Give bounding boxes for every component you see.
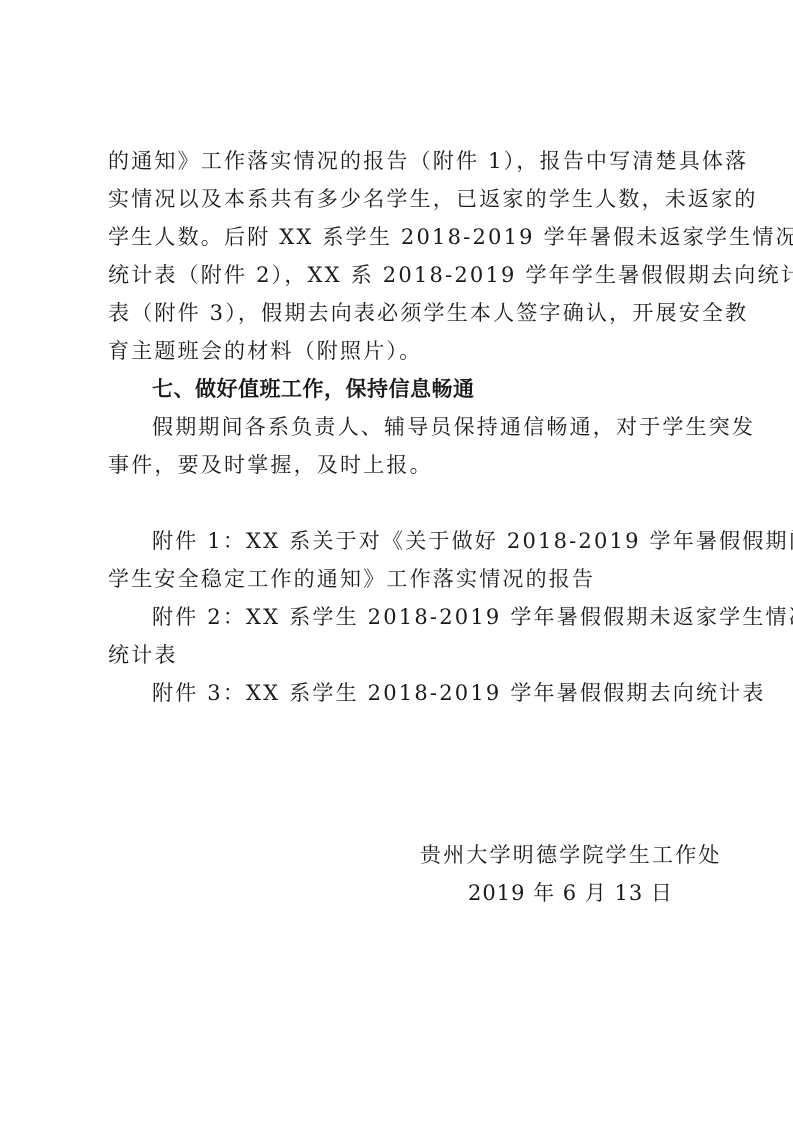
section-7: 七、做好值班工作，保持信息畅通 假期期间各系负责人、辅导员保持通信畅通，对于学生…: [108, 370, 692, 484]
text-line: 学生安全稳定工作的通知》工作落实情况的报告: [108, 560, 692, 598]
text-line: 表（附件 3），假期去向表必须学生本人签字确认，开展安全教: [108, 294, 692, 332]
text-line: 的通知》工作落实情况的报告（附件 1），报告中写清楚具体落: [108, 142, 692, 180]
text-line: 实情况以及本系共有多少名学生，已返家的学生人数，未返家的: [108, 180, 692, 218]
section-heading: 七、做好值班工作，保持信息畅通: [108, 370, 692, 408]
attachment-2: 附件 2：XX 系学生 2018-2019 学年暑假假期未返家学生情况 统计表: [108, 598, 692, 674]
signature-date: 2019 年 6 月 13 日: [468, 874, 673, 912]
attachment-3: 附件 3：XX 系学生 2018-2019 学年暑假假期去向统计表: [108, 674, 692, 712]
blank-line: [108, 484, 692, 522]
signature-organization: 贵州大学明德学院学生工作处: [420, 836, 722, 874]
text-line: 学生人数。后附 XX 系学生 2018-2019 学年暑假未返家学生情况: [108, 218, 692, 256]
text-line: 统计表: [108, 636, 692, 674]
text-line: 附件 2：XX 系学生 2018-2019 学年暑假假期未返家学生情况: [108, 598, 692, 636]
text-line: 附件 3：XX 系学生 2018-2019 学年暑假假期去向统计表: [108, 674, 692, 712]
text-line: 事件，要及时掌握，及时上报。: [108, 446, 692, 484]
text-line: 统计表（附件 2），XX 系 2018-2019 学年学生暑假假期去向统计: [108, 256, 692, 294]
text-line: 育主题班会的材料（附照片）。: [108, 332, 692, 370]
text-line: 附件 1：XX 系关于对《关于做好 2018-2019 学年暑假假期间: [108, 522, 692, 560]
text-line: 假期期间各系负责人、辅导员保持通信畅通，对于学生突发: [108, 408, 692, 446]
paragraph-continuation: 的通知》工作落实情况的报告（附件 1），报告中写清楚具体落 实情况以及本系共有多…: [108, 142, 692, 370]
attachment-1: 附件 1：XX 系关于对《关于做好 2018-2019 学年暑假假期间 学生安全…: [108, 522, 692, 598]
attachments-list: 附件 1：XX 系关于对《关于做好 2018-2019 学年暑假假期间 学生安全…: [108, 522, 692, 712]
document-page: 的通知》工作落实情况的报告（附件 1），报告中写清楚具体落 实情况以及本系共有多…: [108, 142, 692, 712]
